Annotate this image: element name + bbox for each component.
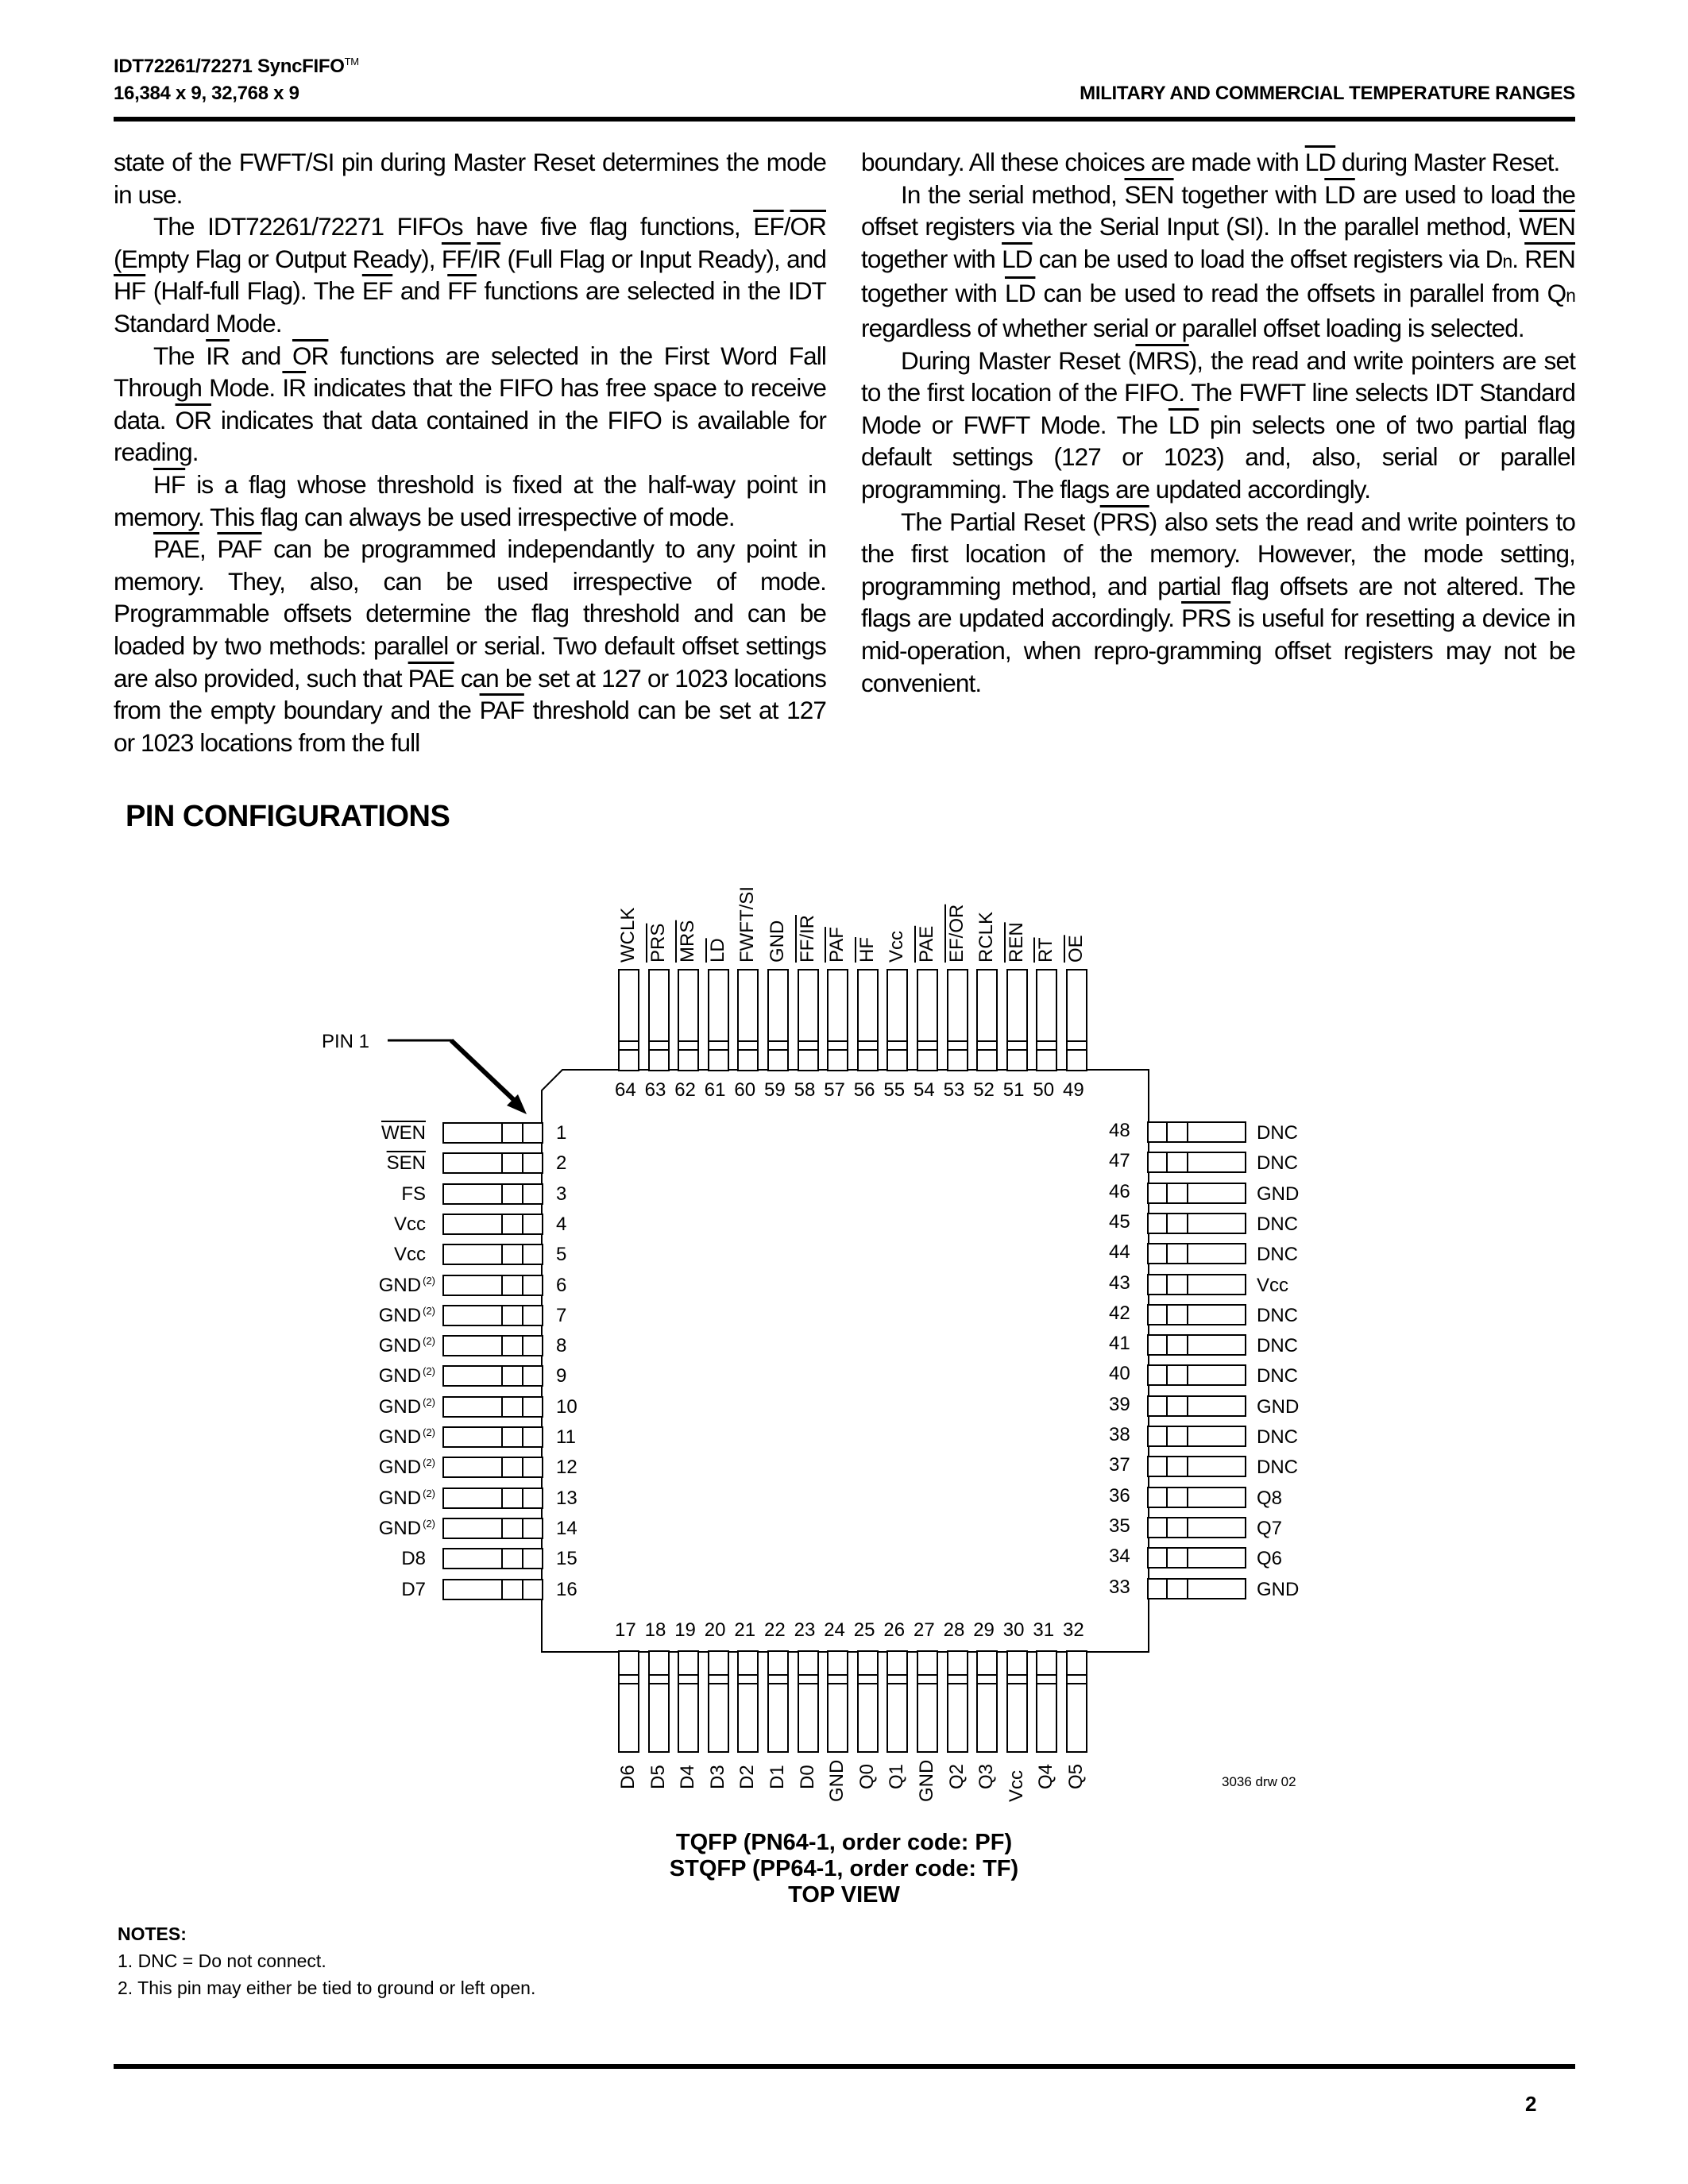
pin-number: 13 (556, 1489, 577, 1508)
pin-label: D0 (798, 1765, 818, 1789)
pin-number: 54 (914, 1081, 935, 1100)
pin-number: 45 (1109, 1213, 1130, 1232)
pin-label: DNC (1257, 1337, 1298, 1356)
pin-number: 30 (1003, 1621, 1025, 1640)
pin-18 (648, 1650, 670, 1753)
pin-label: DNC (1257, 1245, 1298, 1264)
pin-label: LD (708, 938, 728, 963)
pin-number: 47 (1109, 1152, 1130, 1171)
pin-label: EF/OR (947, 905, 968, 963)
pin-24 (827, 1650, 848, 1753)
pin-number: 39 (1109, 1395, 1130, 1414)
pin-63 (648, 969, 670, 1071)
pin-1 (442, 1122, 543, 1144)
pin-label: WEN (381, 1124, 435, 1143)
pin-number: 44 (1109, 1243, 1130, 1262)
pin-label: Vcc (1006, 1770, 1027, 1802)
pin-label: PAE (917, 926, 937, 963)
pin-label: Q5 (1066, 1764, 1087, 1789)
pin-16 (442, 1579, 543, 1600)
pin-number: 51 (1003, 1081, 1025, 1100)
pin-50 (1036, 969, 1057, 1071)
pin-label: GND(2) (379, 1519, 435, 1538)
pin-label: WCLK (618, 908, 639, 963)
pin-number: 31 (1033, 1621, 1054, 1640)
pin-number: 62 (674, 1081, 696, 1100)
pin-label: HF (857, 937, 878, 963)
caption-line-2: STQFP (PP64-1, order code: TF) (0, 1856, 1688, 1882)
pin-number: 16 (556, 1580, 577, 1599)
pin-label: GND (1257, 1580, 1299, 1599)
pin-21 (737, 1650, 759, 1753)
pin-number: 61 (705, 1081, 726, 1100)
pin-label: GND (827, 1760, 848, 1802)
pin-23 (798, 1650, 819, 1753)
pin-number: 17 (615, 1621, 636, 1640)
pin-60 (737, 969, 759, 1071)
notes-title: NOTES: (118, 1920, 187, 1947)
pin-number: 25 (854, 1621, 875, 1640)
pin-2 (442, 1152, 543, 1174)
pin-53 (947, 969, 968, 1071)
pin-number: 60 (734, 1081, 755, 1100)
pin-label: DNC (1257, 1215, 1298, 1234)
pin-label: RCLK (976, 912, 997, 963)
pin-51 (1006, 969, 1028, 1071)
pin-label: GND (917, 1760, 937, 1802)
pin-12 (442, 1457, 543, 1478)
pin-label: GND (1257, 1185, 1299, 1204)
pin-label: Vcc (394, 1245, 435, 1264)
pin-52 (976, 969, 998, 1071)
pin-37 (1147, 1456, 1246, 1477)
pin-number: 15 (556, 1549, 577, 1569)
pin-14 (442, 1518, 543, 1539)
pin-number: 42 (1109, 1304, 1130, 1323)
pin-number: 33 (1109, 1578, 1130, 1597)
pin-42 (1147, 1304, 1246, 1325)
pin-number: 1 (556, 1124, 566, 1143)
pin-number: 56 (854, 1081, 875, 1100)
pin-number: 28 (944, 1621, 965, 1640)
pin-label: FF/IR (798, 915, 818, 963)
pin-30 (1006, 1650, 1028, 1753)
pin-label: Q2 (947, 1764, 968, 1789)
pin-number: 5 (556, 1245, 566, 1264)
pin-41 (1147, 1334, 1246, 1356)
pin-40 (1147, 1364, 1246, 1386)
pin-4 (442, 1214, 543, 1235)
pin-number: 8 (556, 1337, 566, 1356)
pin-number: 52 (973, 1081, 995, 1100)
pin-label: GND(2) (379, 1398, 435, 1417)
pin-6 (442, 1275, 543, 1296)
pin-number: 10 (556, 1398, 577, 1417)
pin-number: 50 (1033, 1081, 1054, 1100)
pin-label: D4 (678, 1765, 698, 1789)
pin-62 (678, 969, 699, 1071)
pin-label: GND(2) (379, 1337, 435, 1356)
pin-number: 53 (944, 1081, 965, 1100)
pin-25 (857, 1650, 879, 1753)
pin-61 (708, 969, 729, 1071)
pin-19 (678, 1650, 699, 1753)
pin-35 (1147, 1517, 1246, 1538)
pin-number: 37 (1109, 1456, 1130, 1475)
pin-label: PRS (648, 924, 669, 963)
pin-9 (442, 1365, 543, 1387)
pin-label: D7 (401, 1580, 435, 1599)
pin-number: 58 (794, 1081, 816, 1100)
pin-57 (827, 969, 848, 1071)
pin-label: PAF (827, 927, 848, 963)
pin-label: DNC (1257, 1458, 1298, 1477)
pin-label: MRS (678, 920, 698, 963)
pin-label: Q1 (886, 1764, 907, 1789)
pin-label: D5 (648, 1765, 669, 1789)
pin-number: 22 (764, 1621, 786, 1640)
pin-45 (1147, 1213, 1246, 1234)
pin-11 (442, 1426, 543, 1448)
pin-number: 27 (914, 1621, 935, 1640)
pin-number: 7 (556, 1306, 566, 1325)
caption-line-1: TQFP (PN64-1, order code: PF) (0, 1830, 1688, 1856)
pin-number: 34 (1109, 1547, 1130, 1566)
pin-label: DNC (1257, 1428, 1298, 1447)
pin-number: 57 (824, 1081, 845, 1100)
pin-44 (1147, 1243, 1246, 1264)
pin-number: 4 (556, 1215, 566, 1234)
pin-number: 63 (645, 1081, 666, 1100)
pin-17 (618, 1650, 639, 1753)
pin-label: REN (1006, 922, 1027, 963)
pin-label: Q3 (976, 1764, 997, 1789)
pin-56 (857, 969, 879, 1071)
pin-number: 64 (615, 1081, 636, 1100)
pin-label: Q7 (1257, 1519, 1282, 1538)
caption-line-3: TOP VIEW (0, 1882, 1688, 1908)
pin-number: 20 (705, 1621, 726, 1640)
pin-label: D1 (767, 1765, 788, 1789)
pin-31 (1036, 1650, 1057, 1753)
pin-number: 26 (883, 1621, 905, 1640)
pin-label: DNC (1257, 1306, 1298, 1325)
page-number: 2 (1525, 2092, 1536, 2116)
pin-label: Vcc (394, 1215, 435, 1234)
pin-number: 14 (556, 1519, 577, 1538)
pin-number: 32 (1063, 1621, 1084, 1640)
pin-number: 40 (1109, 1364, 1130, 1383)
pin-label: GND(2) (379, 1306, 435, 1325)
pin-label: Q6 (1257, 1549, 1282, 1569)
pin-label: DNC (1257, 1367, 1298, 1386)
pin-label: D3 (708, 1765, 728, 1789)
pin-number: 46 (1109, 1183, 1130, 1202)
pin-label: GND(2) (379, 1489, 435, 1508)
pin-43 (1147, 1274, 1246, 1295)
pin-32 (1066, 1650, 1087, 1753)
pin-33 (1147, 1578, 1246, 1599)
pin-number: 36 (1109, 1487, 1130, 1506)
pin-38 (1147, 1426, 1246, 1447)
pin-36 (1147, 1487, 1246, 1508)
note-1: 1. DNC = Do not connect. (118, 1947, 326, 1974)
pin-28 (947, 1650, 968, 1753)
pin-number: 29 (973, 1621, 995, 1640)
pin-label: Vcc (886, 931, 907, 963)
pin-label: GND(2) (379, 1276, 435, 1295)
pin-number: 11 (556, 1428, 576, 1447)
pin-number: 59 (764, 1081, 786, 1100)
pin-20 (708, 1650, 729, 1753)
pin-8 (442, 1335, 543, 1356)
pin-54 (917, 969, 938, 1071)
pin-label: Q8 (1257, 1489, 1282, 1508)
drawing-id: 3036 drw 02 (1222, 1773, 1296, 1792)
pin-number: 41 (1109, 1334, 1130, 1353)
pin-47 (1147, 1152, 1246, 1173)
pin-number: 48 (1109, 1121, 1130, 1140)
pin-number: 43 (1109, 1274, 1130, 1293)
pin-number: 12 (556, 1458, 577, 1477)
pin-26 (886, 1650, 908, 1753)
pin-13 (442, 1488, 543, 1509)
pin-number: 23 (794, 1621, 816, 1640)
pin-label: OE (1066, 935, 1087, 963)
pin-22 (767, 1650, 789, 1753)
pin-number: 21 (734, 1621, 755, 1640)
pin-label: RT (1036, 937, 1056, 963)
pin-34 (1147, 1547, 1246, 1569)
pin-5 (442, 1244, 543, 1265)
pin-48 (1147, 1121, 1246, 1143)
pin-number: 24 (824, 1621, 845, 1640)
pin-label: GND (1257, 1398, 1299, 1417)
pin-7 (442, 1305, 543, 1326)
pin-58 (798, 969, 819, 1071)
pin-number: 9 (556, 1367, 566, 1386)
pin-64 (618, 969, 639, 1071)
pin-39 (1147, 1395, 1246, 1417)
pin-label: D2 (737, 1765, 758, 1789)
pin-number: 6 (556, 1276, 566, 1295)
pin-label: D6 (618, 1765, 639, 1789)
footer-rule (114, 2064, 1575, 2069)
pin-49 (1066, 969, 1087, 1071)
pin-number: 19 (674, 1621, 696, 1640)
pin-label: GND(2) (379, 1458, 435, 1477)
pin-number: 38 (1109, 1426, 1130, 1445)
pin-number: 18 (645, 1621, 666, 1640)
pin-label: SEN (387, 1154, 435, 1173)
pin-number: 55 (883, 1081, 905, 1100)
pin-27 (917, 1650, 938, 1753)
pin-number: 35 (1109, 1517, 1130, 1536)
pin-number: 2 (556, 1154, 566, 1173)
pin-55 (886, 969, 908, 1071)
pin-label: DNC (1257, 1124, 1298, 1143)
pin-15 (442, 1548, 543, 1569)
pin-label: Vcc (1257, 1276, 1288, 1295)
pin-label: DNC (1257, 1154, 1298, 1173)
pin-46 (1147, 1183, 1246, 1204)
note-2: 2. This pin may either be tied to ground… (118, 1974, 535, 2001)
pin-3 (442, 1183, 543, 1205)
pin-label: Q4 (1036, 1764, 1056, 1789)
pin-29 (976, 1650, 998, 1753)
pin-number: 3 (556, 1185, 566, 1204)
pin-label: FS (401, 1185, 435, 1204)
pin-label: D8 (401, 1549, 435, 1569)
pin-label: GND(2) (379, 1367, 435, 1386)
pin-label: GND (767, 920, 788, 963)
pin-number: 49 (1063, 1081, 1084, 1100)
pin-label: GND(2) (379, 1428, 435, 1447)
pin-59 (767, 969, 789, 1071)
pin-10 (442, 1396, 543, 1418)
pin-label: FWFT/SI (737, 886, 758, 963)
pin-label: Q0 (857, 1764, 878, 1789)
